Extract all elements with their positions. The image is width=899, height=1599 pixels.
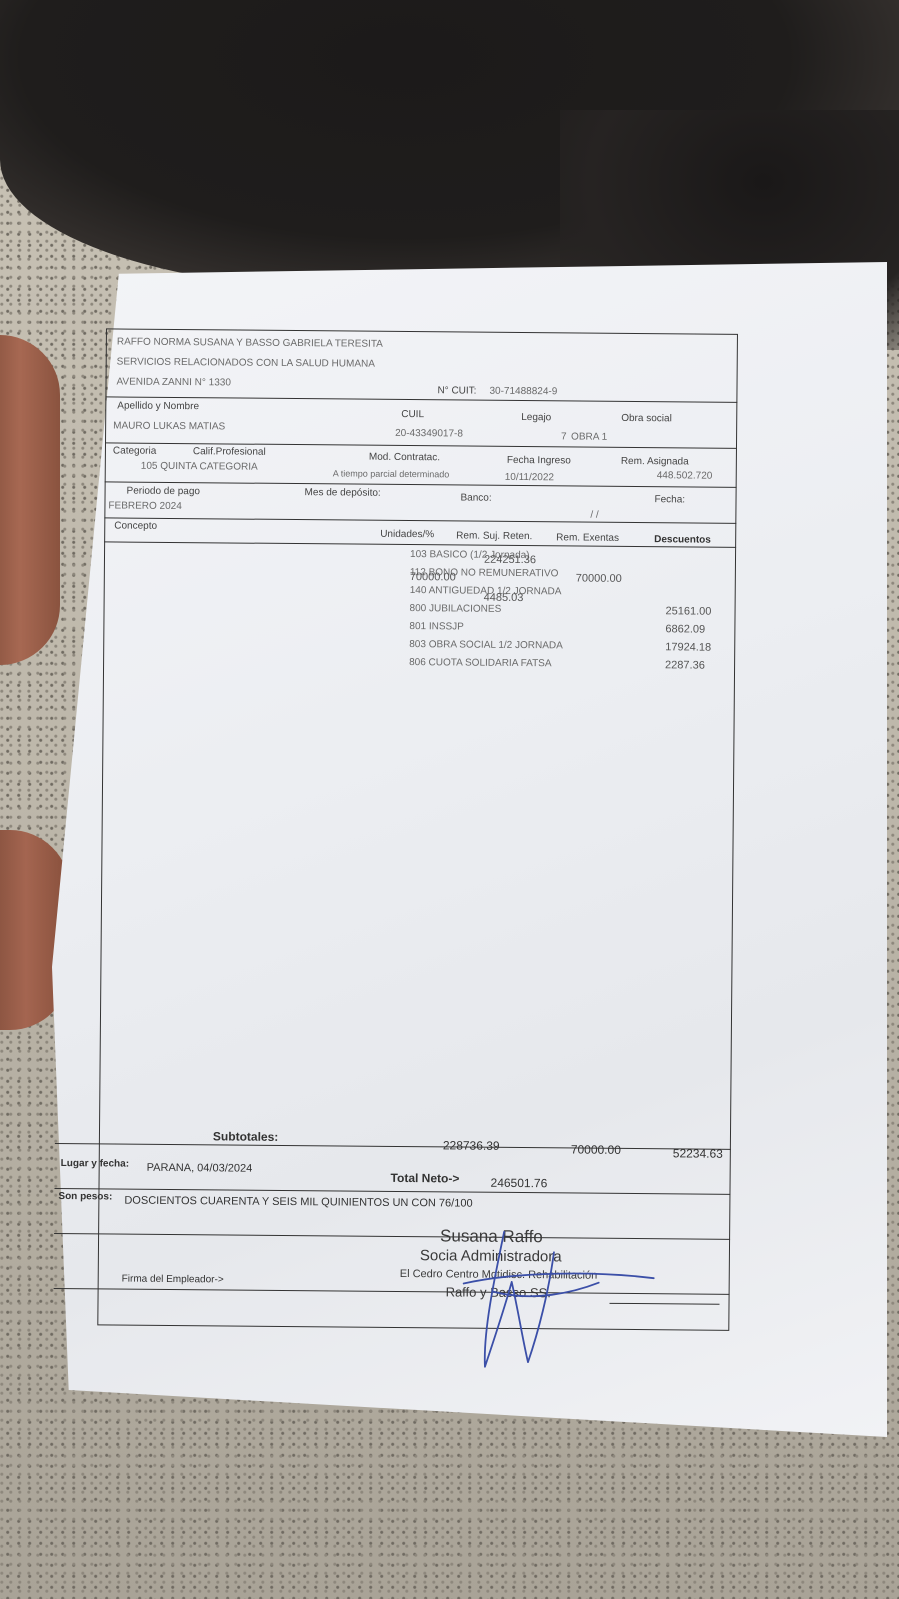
col-rem-exentas: Rem. Exentas (556, 532, 619, 544)
neto-label: Total Neto-> (391, 1171, 460, 1186)
obra-social-label: Obra social (621, 413, 672, 424)
table-cell-concepto: 800 JUBILACIONES (410, 603, 502, 615)
mes-label: Mes de depósito: (305, 487, 381, 499)
periodo-label: Periodo de pago (127, 486, 200, 498)
son-pesos-label: Son pesos: (58, 1191, 112, 1202)
mod-value: A tiempo parcial determinado (333, 468, 450, 479)
rem-value: 448.502.720 (657, 470, 713, 481)
table-cell-desc: 6862.09 (665, 623, 705, 635)
table-cell-concepto: 803 OBRA SOCIAL 1/2 JORNADA (409, 639, 563, 651)
ingreso-value: 10/11/2022 (505, 472, 554, 483)
subtotal-label: Subtotales: (213, 1129, 278, 1144)
categoria-label: Categoria (113, 445, 156, 456)
col-rem-suj: Rem. Suj. Reten. (456, 530, 532, 542)
payslip-form: RAFFO NORMA SUSANA Y BASSO GABRIELA TERE… (53, 328, 742, 1334)
lugar-label: Lugar y fecha: (61, 1158, 129, 1170)
employer-address: AVENIDA ZANNI N° 1330 (116, 376, 231, 388)
cuil-value: 20-43349017-8 (395, 428, 463, 440)
table-cell-rem-suj: 224251.36 (484, 554, 536, 566)
fecha-label: Fecha: (654, 494, 685, 505)
thumb-top (0, 335, 60, 665)
handwritten-signature (423, 1221, 664, 1373)
table-cell-desc: 17924.18 (665, 641, 711, 653)
fecha-value: / / (590, 510, 598, 521)
legajo-label: Legajo (521, 412, 551, 423)
table-cell-concepto: 801 INSSJP (409, 621, 464, 632)
cuit-value: 30-71488824-9 (489, 386, 557, 398)
col-concepto: Concepto (114, 520, 157, 531)
table-cell-desc: 2287.36 (665, 659, 705, 671)
periodo-value: FEBRERO 2024 (108, 500, 181, 512)
lugar-value: PARANA, 04/03/2024 (147, 1162, 253, 1175)
mod-label: Mod. Contratac. (369, 452, 440, 464)
table-cell-desc: 25161.00 (665, 605, 711, 617)
cuil-label: CUIL (401, 409, 424, 420)
employee-name: MAURO LUKAS MATIAS (113, 420, 225, 432)
col-descuentos: Descuentos (654, 534, 711, 545)
subtotal-rem-exentas: 70000.00 (571, 1142, 621, 1156)
banco-label: Banco: (460, 492, 491, 503)
employer-activity: SERVICIOS RELACIONADOS CON LA SALUD HUMA… (117, 356, 375, 369)
table-cell-rem-suj: 4485.03 (484, 592, 524, 604)
table-cell-concepto: 806 CUOTA SOLIDARIA FATSA (409, 657, 552, 669)
legajo-value: 7 (561, 431, 567, 442)
neto-value: 246501.76 (490, 1176, 547, 1190)
firma-label: Firma del Empleador-> (122, 1274, 224, 1286)
obra-social-value: OBRA 1 (571, 431, 607, 442)
ingreso-label: Fecha Ingreso (507, 455, 571, 467)
table-cell-rem-ex: 70000.00 (576, 572, 622, 584)
rem-label: Rem. Asignada (621, 456, 689, 468)
calif-label: Calif.Profesional (193, 446, 266, 458)
name-label: Apellido y Nombre (117, 400, 199, 412)
employer-name: RAFFO NORMA SUSANA Y BASSO GABRIELA TERE… (117, 336, 383, 349)
categoria-value: 105 QUINTA CATEGORIA (141, 461, 258, 473)
table-cell-unidades: 70000.00 (410, 571, 456, 583)
cuit-label: N° CUIT: (437, 385, 476, 396)
col-unidades: Unidades/% (380, 529, 434, 540)
